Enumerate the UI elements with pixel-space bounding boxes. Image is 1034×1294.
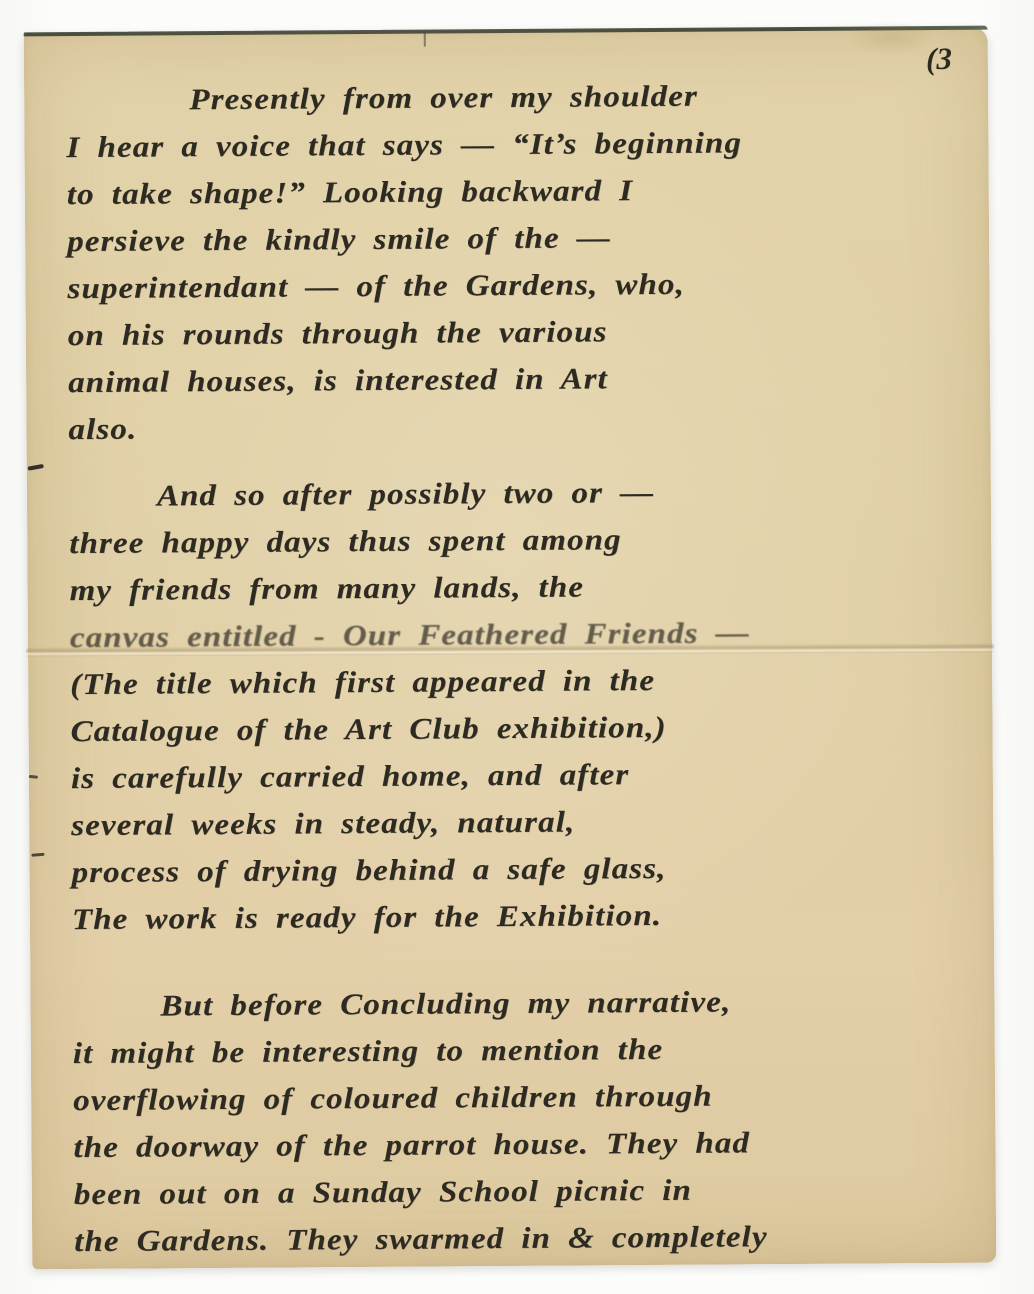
paper-edge-nick bbox=[424, 33, 426, 47]
stray-ink-mark bbox=[31, 853, 44, 857]
paragraph-3: But before Concluding my narrative, it m… bbox=[72, 977, 958, 1265]
handwritten-line: also. bbox=[68, 399, 1034, 453]
handwritten-text: Presently from over my shoulder I hear a… bbox=[66, 71, 958, 1285]
handwritten-line: Catalogue of the Art Club exhibition,) bbox=[70, 701, 1034, 755]
handwritten-line: my friends from many lands, the bbox=[69, 560, 1034, 614]
paper-stain bbox=[846, 21, 936, 56]
handwritten-line: on his rounds through the various bbox=[68, 305, 1034, 359]
handwritten-line: persieve the kindly smile of the — bbox=[67, 211, 1034, 265]
handwritten-line: superintendant — of the Gardens, who, bbox=[67, 258, 1034, 312]
stray-ink-mark bbox=[27, 464, 43, 471]
paper-top-edge bbox=[24, 26, 988, 37]
paragraph-2: And so after possibly two or — three hap… bbox=[69, 467, 956, 943]
handwritten-line: to take shape!” Looking backward I bbox=[67, 164, 1034, 218]
handwritten-line: three happy days thus spent among bbox=[69, 513, 1034, 567]
handwritten-line: And so after possibly two or — bbox=[69, 466, 1034, 520]
handwritten-line: process of drying behind a safe glass, bbox=[71, 842, 1034, 896]
handwritten-line: overflowing of coloured children through bbox=[73, 1070, 1034, 1124]
handwritten-line: The work is ready for the Exhibition. bbox=[72, 889, 1034, 943]
handwritten-line: But before Concluding my narrative, bbox=[72, 976, 1034, 1030]
handwritten-line: Presently from over my shoulder bbox=[66, 70, 1034, 124]
handwritten-line: I hear a voice that says — “It’s beginni… bbox=[66, 117, 1034, 171]
handwritten-line: animal houses, is interested in Art bbox=[68, 352, 1034, 406]
handwritten-line: been out on a Sunday School picnic in bbox=[74, 1164, 1034, 1218]
letter-page: (3 Presently from over my shoulder I hea… bbox=[24, 27, 997, 1270]
handwritten-line: it might be interesting to mention the bbox=[73, 1023, 1034, 1077]
handwritten-line: the Gardens. They swarmed in & completel… bbox=[74, 1211, 1034, 1265]
handwritten-line: (The title which first appeared in the bbox=[70, 654, 1034, 708]
scanner-background: (3 Presently from over my shoulder I hea… bbox=[0, 0, 1034, 1294]
paragraph-1: Presently from over my shoulder I hear a… bbox=[66, 71, 953, 453]
stray-ink-mark bbox=[29, 775, 38, 779]
handwritten-line: the doorway of the parrot house. They ha… bbox=[73, 1117, 1034, 1171]
handwritten-line: is carefully carried home, and after bbox=[71, 748, 1034, 802]
handwritten-line: several weeks in steady, natural, bbox=[71, 795, 1034, 849]
